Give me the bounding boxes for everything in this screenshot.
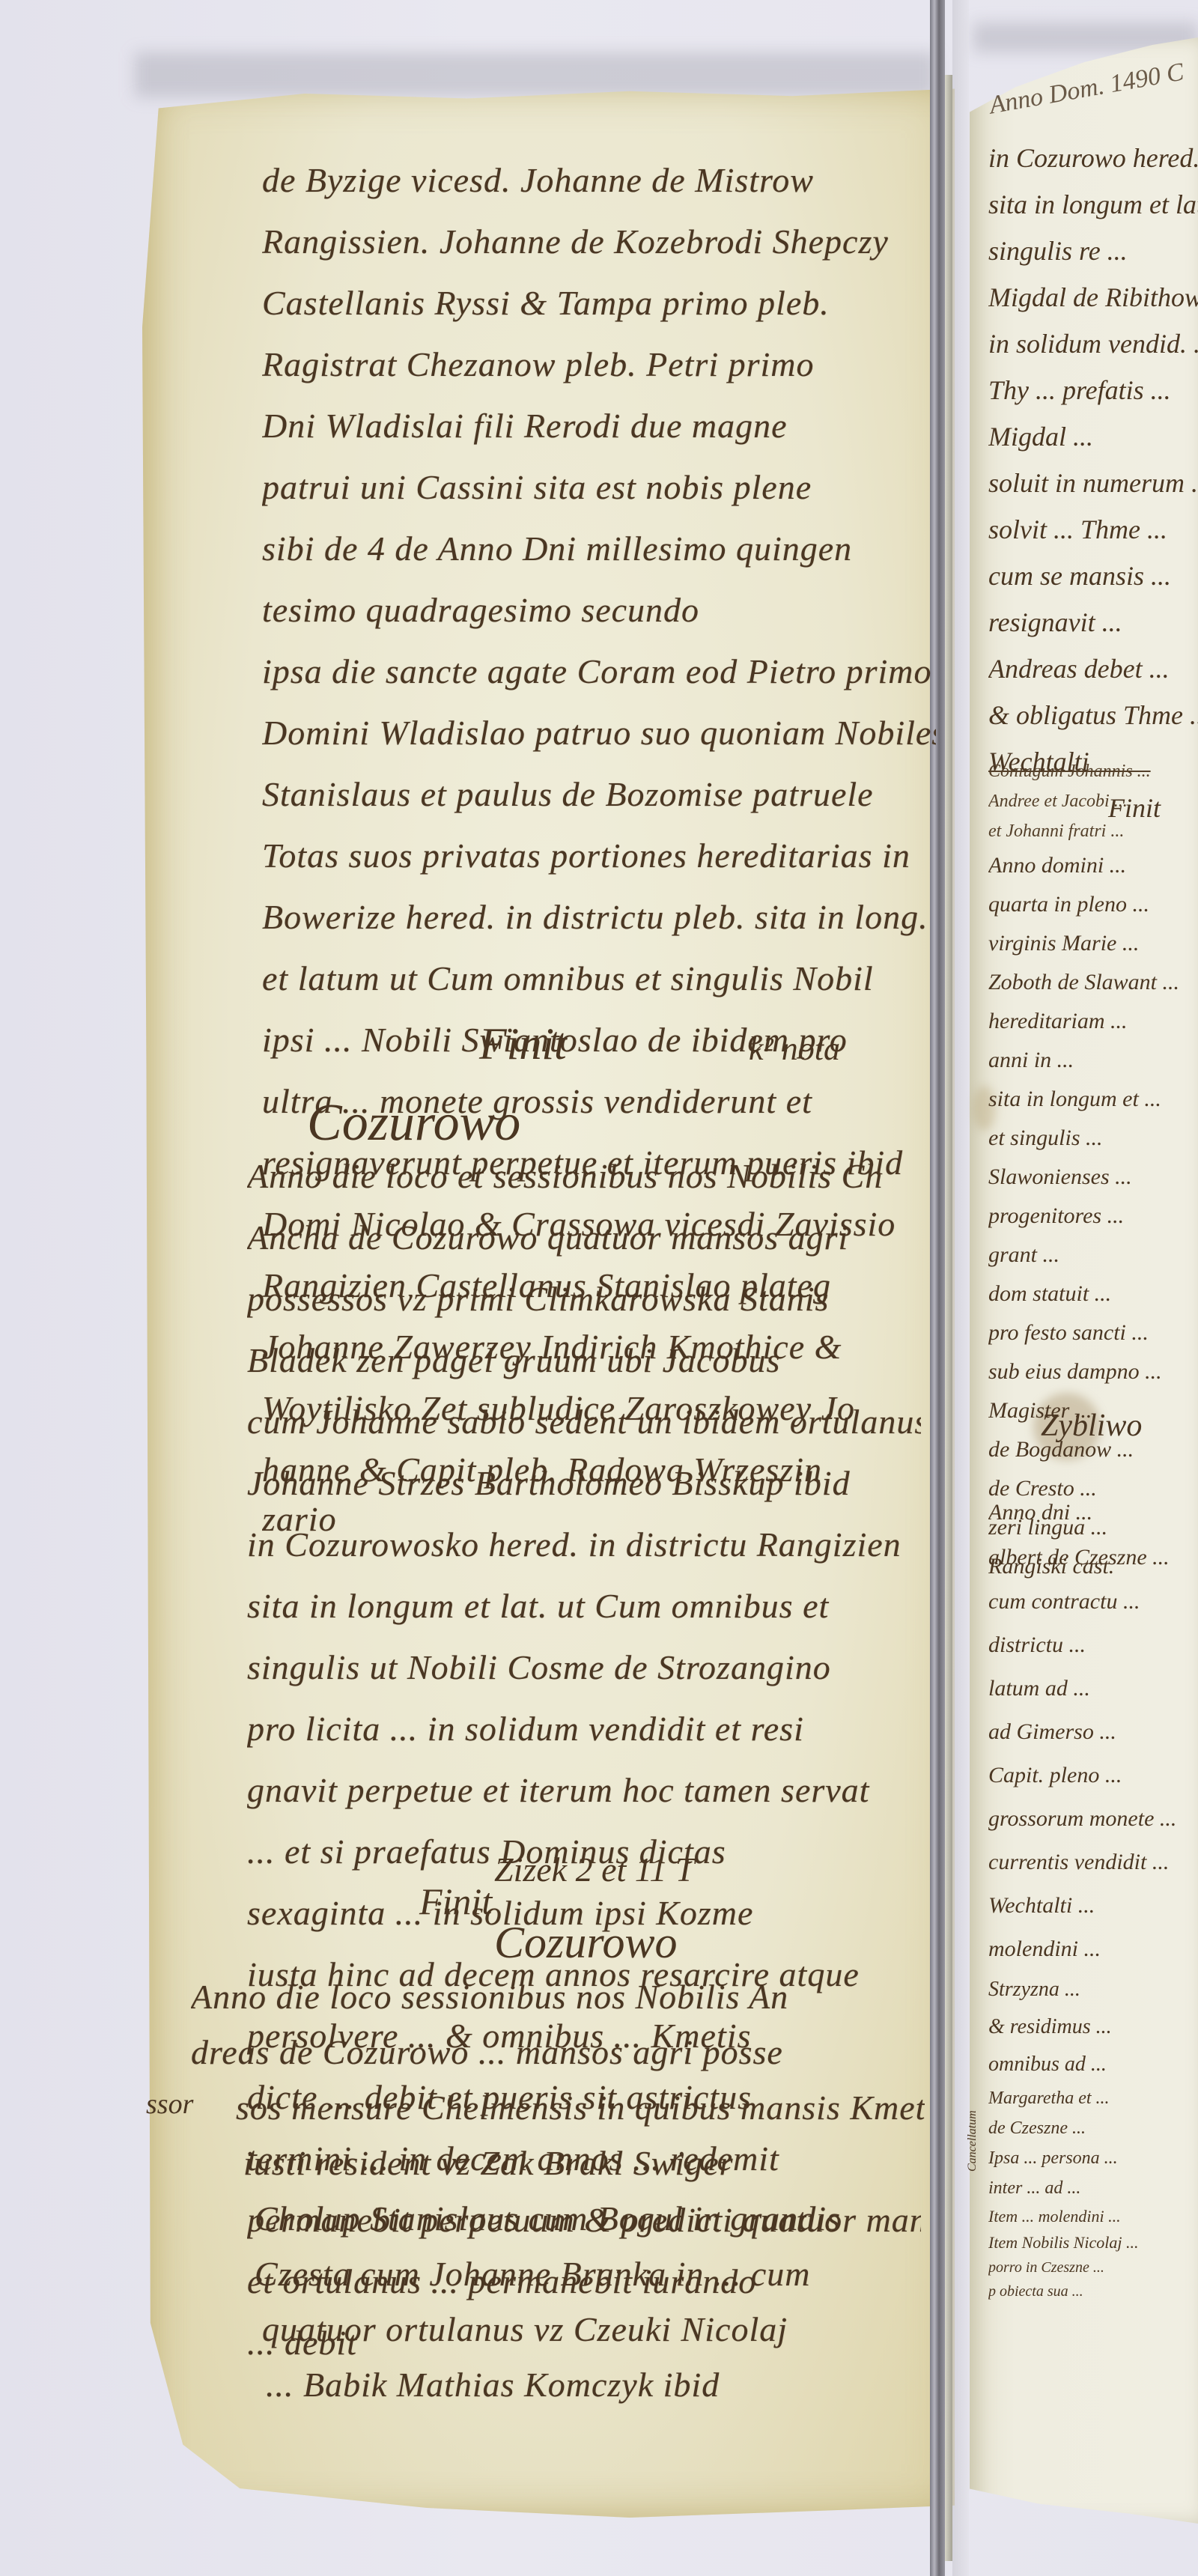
- text-line: Cholup Stanislaus cum Bogul in grandis: [191, 2191, 925, 2247]
- margin-note-right: Cancellatum: [966, 2110, 979, 2172]
- text-line: Andreas debet ...: [988, 645, 1198, 692]
- text-line: Dni Wladislai fili Rerodi due magne: [262, 395, 936, 457]
- binding-edge: [952, 0, 969, 2576]
- text-line: hereditariam ...: [988, 1002, 1198, 1041]
- text-line: sibi de 4 de Anno Dni millesimo quingen: [262, 518, 936, 580]
- text-line: grossorum monete ...: [988, 1797, 1198, 1841]
- text-line: in Cozurowosko hered. in districtu Rangi…: [247, 1514, 921, 1576]
- text-line: Item Nobilis Nicolaj ...: [988, 2230, 1198, 2255]
- text-line: sos mensure Chelmensis in quibus mansis …: [191, 2080, 925, 2136]
- text-line: pro festo sancti ...: [988, 1313, 1198, 1352]
- text-line: et Johanni fratri ...: [988, 816, 1198, 846]
- text-line: Bladek zen pagel gruum ubi Jacobus: [247, 1330, 921, 1391]
- text-line: Castellanis Ryssi & Tampa primo pleb.: [262, 273, 936, 334]
- text-line: Migdal de Ribithow ...: [988, 274, 1198, 321]
- text-line: progenitores ...: [988, 1197, 1198, 1236]
- text-line: Anno die loco et sessionibus nos Nobilis…: [247, 1146, 921, 1207]
- margin-note-left: ssor: [146, 2088, 193, 2121]
- text-line: cum contractu ...: [988, 1580, 1198, 1623]
- binding-gutter: [945, 75, 952, 2561]
- text-line: Wechtalti ...: [988, 1884, 1198, 1928]
- section-heading: Zybliwo: [1041, 1408, 1142, 1444]
- text-line: sita in longum et lat. ut Cum omnibus et: [247, 1576, 921, 1637]
- text-line: latum ad ...: [988, 1667, 1198, 1710]
- text-line: Thy ... prefatis ...: [988, 367, 1198, 413]
- text-line: Item ... molendini ...: [988, 2203, 1198, 2230]
- text-line: inter ... ad ...: [988, 2173, 1198, 2203]
- text-line: gnavit perpetue et iterum hoc tamen serv…: [247, 1760, 921, 1821]
- text-line: et singulis ...: [988, 1119, 1198, 1158]
- text-line: porro in Czeszne ...: [988, 2255, 1198, 2279]
- text-line: currentis vendidit ...: [988, 1841, 1198, 1884]
- text-line: tesimo quadragesimo secundo: [262, 580, 936, 641]
- text-line: singulis re ...: [988, 228, 1198, 274]
- left-entry-3: Anno die loco sessionibus nos Nobilis An…: [191, 1969, 925, 2413]
- text-line: Strzyzna ...: [988, 1971, 1198, 2008]
- text-line: Zoboth de Slawant ...: [988, 963, 1198, 1002]
- text-line: p obiecta sua ...: [988, 2279, 1198, 2303]
- text-line: Migdal ...: [988, 413, 1198, 460]
- text-line: cum Johanne sabio sedent un ibidem ortul…: [247, 1391, 921, 1453]
- text-line: Domini Wladislao patruo suo quoniam Nobi…: [262, 702, 936, 764]
- text-line: Johanne Strzes Bartholomeo Bisskup ibid: [247, 1453, 921, 1514]
- text-line: cum se mansis ...: [988, 553, 1198, 599]
- text-line: Coniugum Johannis ...: [988, 756, 1198, 786]
- text-line: soluit in numerum ...: [988, 460, 1198, 506]
- text-line: resignavit ...: [988, 599, 1198, 645]
- text-line: in solidum vendid. ...: [988, 321, 1198, 367]
- text-line: sita in longum et lat. ...: [988, 181, 1198, 228]
- text-line: solvit ... Thme ...: [988, 506, 1198, 553]
- finit-mark: Finit: [419, 1880, 492, 1923]
- text-line: Anno dni ...: [988, 1490, 1198, 1535]
- text-line: ... Babik Mathias Komczyk ibid: [191, 2357, 925, 2413]
- text-line: singulis ut Nobili Cosme de Strozangino: [247, 1637, 921, 1698]
- text-line: Anno domini ...: [988, 846, 1198, 885]
- text-line: grant ...: [988, 1236, 1198, 1275]
- text-line: iusti resident vz Zak Brakl Swiger: [191, 2136, 925, 2191]
- text-line: virginis Marie ...: [988, 924, 1198, 963]
- marginal-note: Zizek 2 et 11 T: [494, 1850, 694, 1889]
- section-heading: Cozurowo: [307, 1093, 520, 1153]
- text-line: albert de Czeszne ...: [988, 1535, 1198, 1580]
- text-line: de Czeszne ...: [988, 2113, 1198, 2143]
- text-line: omnibus ad ...: [988, 2046, 1198, 2083]
- text-line: Andree et Jacobi ...: [988, 786, 1198, 816]
- text-line-part: tesimo quadragesimo secundo: [262, 591, 699, 629]
- text-line: quarta in pleno ...: [988, 885, 1198, 924]
- text-line: & obligatus Thme ...: [988, 692, 1198, 738]
- text-line: districtu ...: [988, 1623, 1198, 1667]
- text-line: Bowerize hered. in districtu pleb. sita …: [262, 887, 936, 948]
- right-entry-3: Anno dni ... albert de Czeszne ... cum c…: [988, 1490, 1198, 2303]
- text-line: Czesta cum Johanne Branka in ... cum: [191, 2247, 925, 2302]
- text-line: Ipsa ... persona ...: [988, 2143, 1198, 2173]
- text-line: Ancha de Cozurowo quatuor mansos agri: [247, 1207, 921, 1269]
- text-line: Stanislaus et paulus de Bozomise patruel…: [262, 764, 936, 825]
- text-line: dom statuit ...: [988, 1275, 1198, 1313]
- section-heading: Cozurowo: [494, 1917, 678, 1969]
- text-line: Capit. pleno ...: [988, 1754, 1198, 1797]
- text-line: & residimus ...: [988, 2008, 1198, 2046]
- marginal-note: k² nota: [749, 1030, 840, 1068]
- finit-mark: Finit: [479, 1018, 567, 1070]
- page-shadow-left: [135, 52, 936, 97]
- text-line: pro licita ... in solidum vendidit et re…: [247, 1698, 921, 1760]
- text-line: Anno die loco sessionibus nos Nobilis An: [191, 1969, 925, 2025]
- right-entry-1: in Cozurowo hered. ... sita in longum et…: [988, 135, 1198, 831]
- text-line: sub eius dampno ...: [988, 1352, 1198, 1391]
- text-line: quatuor ortulanus vz Czeuki Nicolaj: [191, 2302, 925, 2357]
- text-line: et latum ut Cum omnibus et singulis Nobi…: [262, 948, 936, 1009]
- text-line: anni in ...: [988, 1041, 1198, 1080]
- text-line: Totas suos privatas portiones hereditari…: [262, 825, 936, 887]
- text-line: dreas de Cozurowo ... mansos agri posse: [191, 2025, 925, 2080]
- text-line: patrui uni Cassini sita est nobis plene: [262, 457, 936, 518]
- text-line: de Byzige vicesd. Johanne de Mistrow: [262, 150, 936, 211]
- text-line: molendini ...: [988, 1928, 1198, 1971]
- text-line: sita in longum et ...: [988, 1080, 1198, 1119]
- text-line: in Cozurowo hered. ...: [988, 135, 1198, 181]
- text-line: Ragistrat Chezanow pleb. Petri primo: [262, 334, 936, 395]
- text-line: Slawonienses ...: [988, 1158, 1198, 1197]
- right-entry-2: Coniugum Johannis ... Andree et Jacobi .…: [988, 756, 1198, 1586]
- text-line: Margaretha et ...: [988, 2083, 1198, 2113]
- text-line: Rangissien. Johanne de Kozebrodi Shepczy: [262, 211, 936, 273]
- text-line: possessos vz primi Climkarowska Stanis: [247, 1269, 921, 1330]
- text-line: ad Gimerso ...: [988, 1710, 1198, 1754]
- text-line: ipsa die sancte agate Coram eod Pietro p…: [262, 641, 936, 702]
